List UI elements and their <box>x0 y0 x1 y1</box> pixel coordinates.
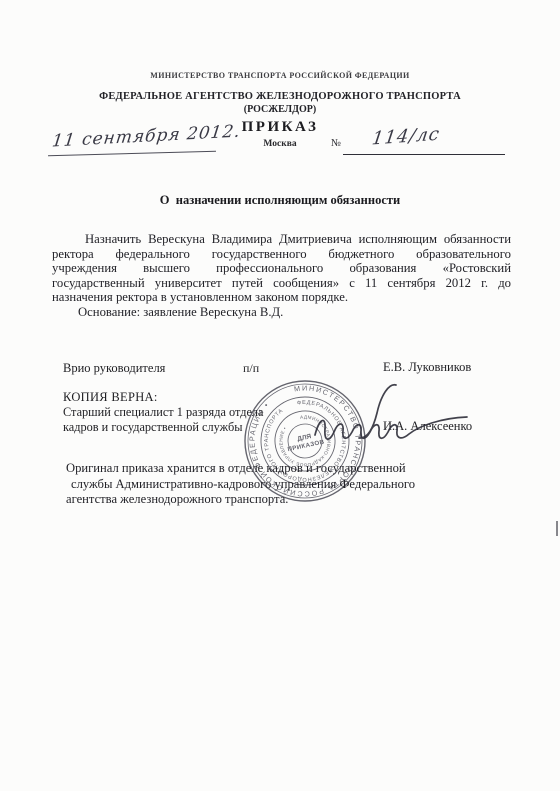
agency-header: ФЕДЕРАЛЬНОЕ АГЕНТСТВО ЖЕЛЕЗНОДОРОЖНОГО Т… <box>0 91 560 102</box>
body-line: государственный университет путей сообще… <box>52 276 511 291</box>
number-underline <box>343 154 505 155</box>
body-line: Назначить Верескуна Владимира Дмитриевич… <box>52 232 511 247</box>
ministry-header: МИНИСТЕРСТВО ТРАНСПОРТА РОССИЙСКОЙ ФЕДЕР… <box>0 71 560 80</box>
body-line: ректора федерального государственного бю… <box>52 247 511 262</box>
footer-line: Оригинал приказа хранится в отделе кадро… <box>66 461 486 477</box>
number-sign-label: № <box>331 138 341 149</box>
order-body-paragraph: Назначить Верескуна Владимира Дмитриевич… <box>52 232 511 319</box>
specialist-title-line2: кадров и государственной службы <box>63 420 242 435</box>
footer-line: агентства железнодорожного транспорта. <box>66 492 486 508</box>
date-underline <box>48 151 216 156</box>
acting-head-name: Е.В. Луковников <box>383 360 471 375</box>
footer-line: службы Административно-кадрового управле… <box>66 477 486 493</box>
signature-icon <box>293 381 483 459</box>
acting-head-position-label: Врио руководителя <box>63 361 165 376</box>
handwritten-signature <box>293 381 483 459</box>
body-line: назначения ректора в установленном закон… <box>52 290 511 305</box>
body-line: учреждения высшего профессионального обр… <box>52 261 511 276</box>
order-subject-title: О назначении исполняющим обязанности <box>0 193 560 208</box>
signed-original-mark: п/п <box>243 361 259 376</box>
original-storage-note: Оригинал приказа хранится в отделе кадро… <box>66 461 486 508</box>
specialist-title-line1: Старший специалист 1 разряда отдела <box>63 405 264 420</box>
copy-certified-label: КОПИЯ ВЕРНА: <box>63 390 158 405</box>
agency-short-name: (РОСЖЕЛДОР) <box>0 104 560 115</box>
scan-artifact <box>556 521 558 536</box>
basis-line: Основание: заявление Верескуна В.Д. <box>52 305 511 320</box>
scanned-order-document: МИНИСТЕРСТВО ТРАНСПОРТА РОССИЙСКОЙ ФЕДЕР… <box>0 0 560 791</box>
